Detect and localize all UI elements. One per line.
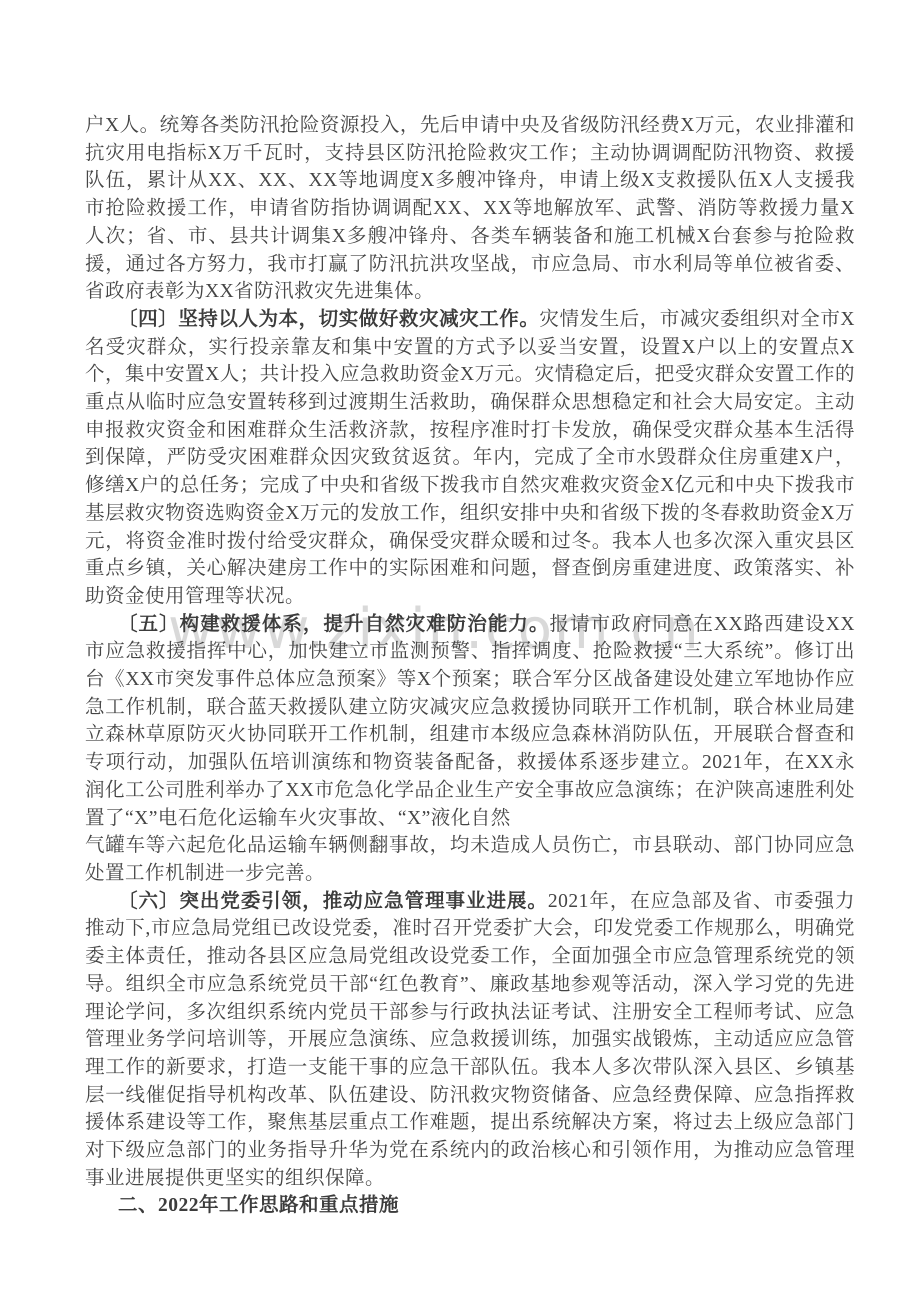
- paragraph-lead: 〔六〕突出党委引领，推动应急管理事业进展。: [118, 891, 548, 912]
- paragraph-text: 2021年，在应急部及省、市委强力推动下,市应急局党组已改设党委，准时召开党委扩…: [85, 891, 855, 1189]
- paragraph-lead: 〔四〕坚持以人为本，切实做好救灾减灾工作。: [118, 309, 539, 330]
- document-page: 户X人。统筹各类防汛抢险资源投入，先后申请中央及省级防汛经费X万元，农业排灌和抗…: [85, 112, 855, 1220]
- paragraph-lead: 〔五〕构建救援体系，提升自然灾难防治能力。: [118, 614, 550, 635]
- section-heading: 二、2022年工作思路和重点措施: [85, 1192, 855, 1220]
- body-paragraph: 户X人。统筹各类防汛抢险资源投入，先后申请中央及省级防汛经费X万元，农业排灌和抗…: [85, 112, 855, 306]
- body-paragraph: 气罐车等六起危化品运输车辆侧翻事故，均未造成人员伤亡，市县联动、部门协同应急处置…: [85, 832, 855, 887]
- paragraph-text: 气罐车等六起危化品运输车辆侧翻事故，均未造成人员伤亡，市县联动、部门协同应急处置…: [85, 835, 855, 884]
- body-paragraph: 〔六〕突出党委引领，推动应急管理事业进展。2021年，在应急部及省、市委强力推动…: [85, 888, 855, 1193]
- body-paragraph: 〔四〕坚持以人为本，切实做好救灾减灾工作。灾情发生后，市减灾委组织对全市X名受灾…: [85, 306, 855, 611]
- paragraph-text: 户X人。统筹各类防汛抢险资源投入，先后申请中央及省级防汛经费X万元，农业排灌和抗…: [85, 115, 855, 302]
- paragraph-text: 灾情发生后，市减灾委组织对全市X名受灾群众，实行投亲靠友和集中安置的方式予以妥当…: [85, 309, 855, 607]
- body-paragraph: 〔五〕构建救援体系，提升自然灾难防治能力。报请市政府同意在XX路西建设XX市应急…: [85, 611, 855, 833]
- paragraph-text: 报请市政府同意在XX路西建设XX市应急救援指挥中心，加快建立市监测预警、指挥调度…: [85, 614, 855, 829]
